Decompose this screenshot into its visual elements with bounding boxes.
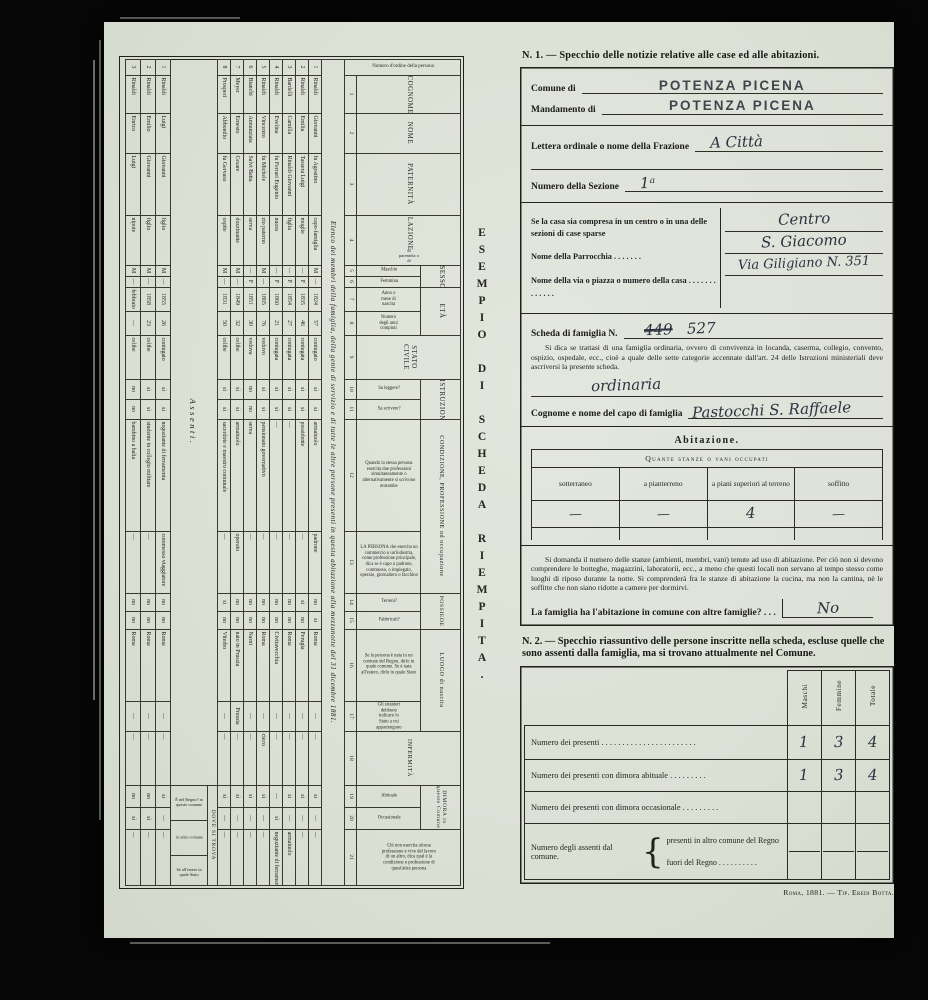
stanze-caption: Quante stanze o vani occupati: [532, 449, 883, 467]
scheda-label: Scheda di famiglia N.: [531, 329, 618, 339]
register-cell: 1835: [296, 287, 309, 311]
register-cell: no: [141, 785, 156, 807]
header-sa-scrivere: Sa scrivere?: [357, 399, 421, 419]
register-cell: Roma: [156, 629, 171, 701]
register-cell: sì: [296, 399, 309, 419]
sezione-value: 1ᵃ: [640, 174, 656, 193]
comune-line: POTENZA PICENA: [582, 78, 883, 94]
header-condizione: CONDIZIONE, PROFESSIONE od occupazione: [421, 419, 461, 593]
mandamento-line: POTENZA PICENA: [602, 99, 883, 115]
register-cell: no: [231, 611, 244, 629]
register-cell: sì: [231, 785, 244, 807]
register-cell: —: [309, 701, 322, 731]
register-cell: sì: [309, 399, 322, 419]
register-cell: no: [156, 611, 171, 629]
register-cell: possidente: [296, 419, 309, 531]
header-fabbricati: Fabbricati?: [357, 611, 421, 629]
register-cell: 21: [270, 311, 283, 335]
frazione-section: Lettera ordinale o nome della Frazione A…: [521, 126, 893, 203]
column-numbers-row: 12 34 56 78 910 1112 1314 1516 1718 1920…: [345, 59, 357, 885]
via-value: Via Giligiano N. 351: [738, 254, 871, 274]
register-cell: F: [283, 276, 296, 287]
section1-title: N. 1. — Specchio delle notizie relative …: [522, 50, 894, 61]
header-abituale: Abituale: [357, 785, 421, 807]
header-anni-compiuti: Numero degli anni compiuti: [357, 311, 421, 335]
register-cell: sì: [218, 785, 231, 807]
register-cell: —: [283, 419, 296, 531]
register-cell: coniugata: [283, 335, 296, 379]
person-row: 4RinaldiEvelinafu Ferrari Eugenionuora—F…: [270, 59, 283, 885]
register-cell: —: [126, 311, 141, 335]
register-cell: sì: [156, 379, 171, 399]
register-cell: coniugato: [156, 335, 171, 379]
register-cell: sì: [309, 611, 322, 629]
register-cell: no: [270, 611, 283, 629]
assenti-label: Assenti.: [189, 399, 199, 446]
person-number: 5: [257, 59, 270, 75]
register-cell: armaiuolo: [309, 419, 322, 531]
register-cell: sì: [296, 593, 309, 611]
register-cell: —: [156, 276, 171, 287]
register-cell: no: [244, 399, 257, 419]
register-cell: M: [141, 265, 156, 276]
header-maschio: Maschio: [357, 265, 421, 276]
register-cell: —: [218, 276, 231, 287]
header-relazione: RELAZIONE di parentela o di convivenza c…: [357, 215, 461, 265]
comune-section: Comune di POTENZA PICENA Mandamento di P…: [521, 68, 893, 126]
presenti-totale: 4: [855, 726, 889, 760]
mandamento-label: Mandamento di: [531, 105, 596, 115]
register-cell: —: [141, 701, 156, 731]
register-cell: no: [283, 611, 296, 629]
sezione-line: 1ᵃ: [625, 176, 883, 192]
col-totale: Totale: [855, 671, 889, 726]
register-cell: celibe: [141, 335, 156, 379]
register-cell: fu Agostino: [309, 153, 322, 215]
register-cell: Rinaldi: [156, 75, 171, 113]
register-cell: figlio: [141, 215, 156, 265]
frazione-row: Lettera ordinale o nome della Frazione A…: [531, 136, 883, 152]
register-cell: sì: [309, 379, 322, 399]
register-cell: sì: [156, 399, 171, 419]
occasionale-totale: [855, 792, 889, 824]
register-cell: nato in Prussia: [231, 629, 244, 701]
register-cell: —: [156, 701, 171, 731]
assenti-maschi-cells: [787, 824, 821, 880]
register-cell: —: [126, 276, 141, 287]
register-cell: moglie: [296, 215, 309, 265]
register-cell: —: [244, 265, 257, 276]
register-cell: febbraio: [126, 287, 141, 311]
register-cell: 1849: [231, 287, 244, 311]
parrocchia-line: S. Giacomo: [725, 232, 883, 254]
register-cell: F: [296, 276, 309, 287]
register-cell: no: [296, 611, 309, 629]
person-number: 6: [244, 59, 257, 75]
occasionale-maschi: [787, 792, 821, 824]
header-anno-nascita: Anno o mese di nascita: [357, 287, 421, 311]
register-cell: no: [126, 593, 141, 611]
register-cell: Emilia: [296, 113, 309, 153]
header-order-number: Numero d'ordine della persona: [345, 59, 461, 75]
register-cell: —: [270, 265, 283, 276]
register-cell: figlia: [283, 215, 296, 265]
person-row: 5RinaldiVincenzofu Michelezio paternoM—1…: [257, 59, 270, 885]
header-dimora: DIMORA in questo Comune: [421, 785, 461, 829]
register-cell: Giovanni: [141, 153, 156, 215]
sezione-label: Numero della Sezione: [531, 182, 619, 192]
register-cell: sì: [141, 399, 156, 419]
mandamento-row: Mandamento di POTENZA PICENA: [531, 99, 883, 115]
famiglia-question-row: La famiglia ha l'abitazione in comune co…: [531, 599, 883, 618]
categoria-note: Si dica se trattasi di una famiglia ordi…: [531, 343, 883, 371]
comune-row: Comune di POTENZA PICENA: [531, 78, 883, 94]
register-cell: —: [244, 829, 257, 885]
register-cell: sì: [156, 785, 171, 807]
parrocchia-value: S. Giacomo: [761, 231, 847, 252]
row-occasionale-label: Numero dei presenti con dimora occasiona…: [525, 792, 788, 824]
register-cell: —: [283, 731, 296, 785]
register-cell: Rinaldi: [126, 75, 141, 113]
header-terreni: Terreni?: [357, 593, 421, 611]
page-edge-line: [99, 40, 101, 820]
register-cell: celibe: [126, 335, 141, 379]
register-cell: sì: [218, 399, 231, 419]
header-cognome: COGNOME: [357, 75, 461, 113]
register-cell: Vincenzo: [257, 113, 270, 153]
header-col13: LA PERSONA che esercita un commercio o u…: [357, 531, 421, 593]
register-cell: no: [141, 611, 156, 629]
register-cell: 76: [257, 311, 270, 335]
register-cell: Roma: [283, 629, 296, 701]
register-cell: no: [244, 611, 257, 629]
section1-box: Comune di POTENZA PICENA Mandamento di P…: [520, 67, 894, 626]
dove-altro-comune: in altro comune: [172, 821, 208, 856]
summary-table: Maschi Femmine Totale Numero dei present…: [524, 670, 890, 880]
register-cell: —: [126, 829, 141, 885]
row-assenti: Numero degli assenti dal comune. { prese…: [525, 824, 788, 880]
register-cell: 1824: [309, 287, 322, 311]
assenti-label: Numero degli assenti dal comune.: [531, 843, 639, 861]
register-cell: sì: [296, 379, 309, 399]
register-cell: Luigi: [126, 153, 141, 215]
register-cell: vedova: [244, 335, 257, 379]
col-femmine: Femmine: [821, 671, 855, 726]
stanze-value: —: [795, 500, 883, 527]
right-forms-column: N. 1. — Specchio delle notizie relative …: [520, 46, 894, 897]
header-infermita: INFERMITÀ: [357, 731, 461, 785]
register-cell: —: [244, 531, 257, 593]
family-register-rotated: Numero d'ordine della persona COGNOME NO…: [117, 55, 466, 888]
categoria-value: ordinaria: [591, 374, 662, 394]
register-cell: Roma: [257, 629, 270, 701]
stanze-col-soffitto: soffitto: [795, 467, 883, 500]
scheda-section: Scheda di famiglia N. 449 527 Si dica se…: [521, 314, 893, 426]
abituale-maschi: 1: [787, 760, 821, 792]
register-cell: sì: [270, 379, 283, 399]
person-number: 1: [156, 59, 171, 75]
register-cell: 32: [231, 311, 244, 335]
register-cell: sì: [231, 379, 244, 399]
register-cell: Giovanni: [156, 153, 171, 215]
abituale-femmine: 3: [821, 760, 855, 792]
header-occasionale: Occasionale: [357, 807, 421, 829]
frazione-value: A Città: [710, 132, 763, 152]
dove-questo-comune: È nel Regno? in questo comune: [172, 786, 208, 821]
header-femmina: Femmina: [357, 276, 421, 287]
person-row: 1RinaldiGiovannifu Agostinocapo-famiglia…: [309, 59, 322, 885]
register-cell: —: [309, 276, 322, 287]
person-number: 4: [270, 59, 283, 75]
register-cell: sì: [231, 399, 244, 419]
register-cell: —: [283, 701, 296, 731]
categoria-line: ordinaria: [531, 376, 883, 397]
register-table: Numero d'ordine della persona COGNOME NO…: [126, 59, 462, 886]
register-cell: —: [218, 829, 231, 885]
register-cell: fu Gervaso: [218, 153, 231, 215]
row-presenti-label: Numero dei presenti . . . . . . . . . . …: [525, 726, 788, 760]
casa-section: Se la casa sia compresa in un centro o i…: [521, 203, 893, 314]
register-cell: Bardelli: [283, 75, 296, 113]
capo-value: Pastocchi S. Raffaele: [692, 398, 852, 422]
header-col16: Se la persona è nata in un comune del Re…: [357, 629, 421, 701]
centro-label: Se la casa sia compresa in un centro o i…: [531, 216, 716, 241]
register-cell: Roma: [141, 629, 156, 701]
register-cell: —: [296, 731, 309, 785]
register-cell: sì: [244, 785, 257, 807]
register-cell: Giovanni: [309, 113, 322, 153]
register-cell: sì: [270, 807, 283, 829]
register-cell: —: [231, 807, 244, 829]
register-cell: 50: [218, 311, 231, 335]
register-cell: sì: [126, 807, 141, 829]
register-cell: —: [244, 701, 257, 731]
register-cell: —: [218, 701, 231, 731]
register-cell: 1860: [270, 287, 283, 311]
assente-row: 3RinaldiEnricoLuiginipoteM—febbraio—celi…: [126, 59, 141, 885]
register-cell: no: [244, 593, 257, 611]
header-sesso: SESSO: [421, 265, 461, 287]
register-cell: —: [283, 265, 296, 276]
assenti-separator-row: Assenti.DOVE SI TROVAÈ nel Regno? in que…: [171, 59, 218, 885]
mandamento-stamp: POTENZA PICENA: [602, 98, 883, 113]
register-cell: —: [296, 829, 309, 885]
via-label: Nome della via o piazza o numero della c…: [531, 275, 716, 300]
register-cell: Bianchi: [244, 75, 257, 113]
specimen-caption: ESEMPIO DI SCHEDA RIEMPITA.: [476, 227, 488, 747]
register-cell: M: [218, 265, 231, 276]
register-cell: —: [156, 807, 171, 829]
header-sa-leggere: Sa leggere?: [357, 379, 421, 399]
register-cell: nuora: [270, 215, 283, 265]
header-stato-civile: STATO CIVILE: [357, 335, 461, 379]
register-cell: studente in collegio militare: [141, 419, 156, 531]
presenti-femmine: 3: [821, 726, 855, 760]
register-cell: —: [141, 731, 156, 785]
register-cell: —: [270, 531, 283, 593]
register-cell: —: [257, 276, 270, 287]
person-number: 7: [231, 59, 244, 75]
header-nome: NOME: [357, 113, 461, 153]
register-cell: —: [257, 701, 270, 731]
register-cell: —: [309, 807, 322, 829]
register-cell: sì: [218, 379, 231, 399]
register-cell: sì: [283, 399, 296, 419]
register-cell: Rinaldi: [270, 75, 283, 113]
register-cell: no: [244, 379, 257, 399]
register-cell: sacerdote e maestro comunale: [218, 419, 231, 531]
presenti-maschi: 1: [787, 726, 821, 760]
register-cell: armaiuolo: [283, 829, 296, 885]
register-cell: Narni: [244, 629, 257, 701]
register-cell: cieco: [257, 731, 270, 785]
register-cell: Roma: [126, 629, 141, 701]
stanze-value: —: [532, 500, 620, 527]
register-cell: 57: [309, 311, 322, 335]
register-cell: Roma: [309, 629, 322, 701]
register-cell: —: [270, 785, 283, 807]
register-cell: no: [156, 593, 171, 611]
register-cell: sì: [257, 785, 270, 807]
register-cell: Ernesto: [231, 113, 244, 153]
register-cell: Cesare: [231, 153, 244, 215]
register-cell: operaio: [231, 531, 244, 593]
register-cell: serva: [244, 419, 257, 531]
header-luogo: LUOGO di nascita: [421, 629, 461, 731]
section2-title: N. 2. — Specchio riassuntivo delle perso…: [522, 636, 894, 662]
register-cell: zio paterno: [257, 215, 270, 265]
capo-row: Cognome e nome del capo di famiglia Past…: [531, 401, 883, 419]
register-cell: no: [126, 785, 141, 807]
register-cell: commesso viaggiatore: [156, 531, 171, 593]
capo-label: Cognome e nome del capo di famiglia: [531, 409, 682, 419]
person-row: 2RinaldiEmiliaTassera Luigimoglie—F18354…: [296, 59, 309, 885]
register-cell: —: [126, 701, 141, 731]
register-cell: celibe: [231, 335, 244, 379]
register-cell: —: [270, 419, 283, 531]
register-cell: Camilla: [283, 113, 296, 153]
register-cell: no: [141, 593, 156, 611]
stanze-value: —: [619, 500, 707, 527]
register-cell: sì: [309, 785, 322, 807]
via-line: Via Giligiano N. 351: [725, 254, 883, 276]
assenti-femmine-cells: [821, 824, 855, 880]
person-number: 8: [218, 59, 231, 75]
register-cell: sì: [283, 379, 296, 399]
register-cell: vedovo: [257, 335, 270, 379]
assenti-totale-cells: [855, 824, 889, 880]
page-edge-line: [130, 942, 550, 944]
register-cell: coniugato: [309, 335, 322, 379]
register-cell: —: [296, 265, 309, 276]
dove-estero: Se all'estero in quale Stato: [172, 856, 208, 886]
stanze-col-pianterreno: a pianterreno: [619, 467, 707, 500]
register-cell: —: [231, 731, 244, 785]
abitazione-title: Abitazione.: [531, 435, 883, 446]
famiglia-answer-line: No: [782, 599, 873, 618]
register-cell: F: [244, 276, 257, 287]
register-cell: ospite: [218, 215, 231, 265]
header-possiede: POSSIEDE: [421, 593, 461, 629]
brace-glyph: {: [642, 837, 664, 868]
register-cell: no: [309, 593, 322, 611]
register-cell: —: [296, 531, 309, 593]
register-cell: Rinaldi: [309, 75, 322, 113]
person-row: 6BianchiAnnunziataSalvi Battaserva—F1851…: [244, 59, 257, 885]
scheda-number-struck: 449: [644, 320, 673, 339]
frazione-label: Lettera ordinale o nome della Frazione: [531, 142, 689, 152]
person-row: 3BardelliCamillaRinaldi Giovannifiglia—F…: [283, 59, 296, 885]
register-cell: M: [156, 265, 171, 276]
register-cell: no: [126, 379, 141, 399]
register-cell: Evelina: [270, 113, 283, 153]
register-cell: —: [283, 531, 296, 593]
register-cell: 1831: [218, 287, 231, 311]
register-cell: —: [283, 807, 296, 829]
register-cell: 1854: [283, 287, 296, 311]
register-cell: Abbondio: [218, 113, 231, 153]
register-cell: —: [244, 807, 257, 829]
col-maschi: Maschi: [787, 671, 821, 726]
register-cell: Salvi Batta: [244, 153, 257, 215]
scheda-number: 527: [687, 319, 716, 338]
assenti-sub2: fuori del Regno . . . . . . . . . .: [667, 852, 785, 874]
register-cell: —: [218, 807, 231, 829]
register-cell: fu Michele: [257, 153, 270, 215]
register-cell: fu Ferrari Eugenio: [270, 153, 283, 215]
stanze-note: Si domanda il numero delle stanze (ambie…: [531, 555, 883, 593]
register-cell: 27: [283, 311, 296, 335]
note-section: Si domanda il numero delle stanze (ambie…: [521, 546, 893, 625]
register-cell: Meyer: [231, 75, 244, 113]
printer-imprint: Roma, 1881. — Tip. Eredi Botta.: [520, 888, 894, 897]
scanned-document: Numero d'ordine della persona COGNOME NO…: [0, 0, 928, 1000]
register-cell: —: [156, 829, 171, 885]
person-number: 2: [296, 59, 309, 75]
register-cell: Viterbo: [218, 629, 231, 701]
header-col12: Quando la stessa persona esercita due pr…: [357, 419, 421, 531]
register-cell: no: [231, 593, 244, 611]
register-cell: Tassera Luigi: [296, 153, 309, 215]
person-number: 3: [126, 59, 141, 75]
register-cell: capo-famiglia: [309, 215, 322, 265]
register-cell: sì: [218, 593, 231, 611]
register-cell: sì: [141, 807, 156, 829]
register-cell: Prussia: [231, 701, 244, 731]
assenti-sub1: presenti in altro comune del Regno: [667, 830, 785, 852]
register-cell: 1858: [141, 287, 156, 311]
register-cell: nipote: [126, 215, 141, 265]
register-cell: celibe: [218, 335, 231, 379]
register-cell: Rinaldi: [257, 75, 270, 113]
register-cell: —: [141, 276, 156, 287]
register-cell: padrone: [309, 531, 322, 593]
register-cell: coniugata: [296, 335, 309, 379]
register-cell: —: [141, 829, 156, 885]
register-cell: M: [257, 265, 270, 276]
person-number: 3: [283, 59, 296, 75]
header-col17: Gli stranieri debbono indicare lo Stato …: [357, 701, 421, 731]
register-cell: sì: [257, 399, 270, 419]
header-col21: Chi non esercita alcuna professione e vi…: [357, 829, 461, 885]
register-cell: —: [309, 829, 322, 885]
register-cell: —: [257, 807, 270, 829]
stanze-col-sotterraneo: sotterraneo: [532, 467, 620, 500]
register-cell: no: [283, 593, 296, 611]
scheda-row: Scheda di famiglia N. 449 527: [531, 321, 883, 339]
register-cell: —: [257, 531, 270, 593]
register-cell: 1855: [156, 287, 171, 311]
